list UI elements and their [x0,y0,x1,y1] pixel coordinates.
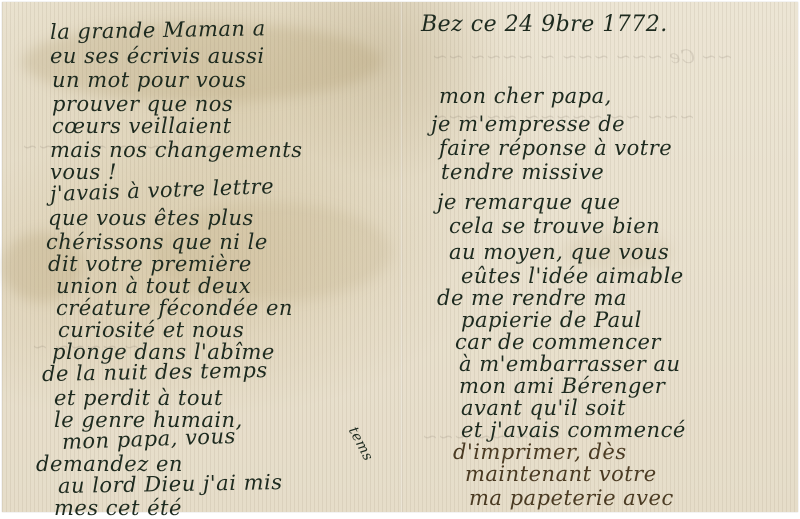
left-page: la grande Maman a eu ses écrivis aussi u… [2,2,400,512]
handwritten-line: eûtes l'idée aimable [461,264,684,288]
handwritten-line: je m'empresse de [431,112,625,136]
handwritten-line: car de commencer [455,330,661,354]
handwritten-line: curiosité et nous [58,318,244,342]
handwritten-line: tendre missive [441,160,604,184]
handwritten-line: cela se trouve bien [449,214,660,238]
handwritten-line: créature fécondée en [56,296,293,320]
handwritten-line: union à tout deux [56,274,251,298]
handwritten-line: prouver que nos [52,92,233,116]
handwritten-line: eu ses écrivis aussi [50,44,265,68]
handwritten-line: au moyen, que vous [449,240,669,264]
handwritten-line: chérissons que ni le [46,230,268,254]
handwritten-line: de la nuit des temps [42,358,268,386]
right-page: Bez ce 24 9bre 1772. mon cher papa, je m… [403,2,798,512]
handwritten-line: mes cet été [54,496,182,519]
handwritten-line: que vous êtes plus [48,206,254,230]
handwritten-line: maintenant votre [465,462,657,486]
handwritten-line: à m'embarrasser au [459,352,681,376]
handwritten-line: mon ami Bérenger [459,374,665,398]
handwritten-line: faire réponse à votre [439,136,672,160]
letter-sheet: ~~ Ce ~~~ ~~~ ~ ~~~~ ~~ ~~~ ~~ ~~~~~ ~~ … [2,2,798,512]
letter-salutation: mon cher papa, [439,84,612,108]
handwritten-line: la grande Maman a [50,16,266,44]
handwritten-line: mon papa, vous [62,424,237,454]
handwritten-line: avant qu'il soit [461,396,626,420]
handwritten-line: papierie de Paul [461,308,642,332]
handwritten-line: un mot pour vous [52,68,247,92]
handwritten-line: de me rendre ma [437,286,627,310]
handwritten-line: je remarque que [437,190,621,214]
margin-note: tems [345,424,376,464]
handwritten-line: et perdit à tout [54,386,223,410]
letter-date: Bez ce 24 9bre 1772. [421,12,668,37]
handwritten-line: dit votre première [48,252,252,276]
handwritten-line: mais nos changements [50,138,303,162]
handwritten-line: d'imprimer, dès [453,440,627,464]
handwritten-line: ma papeterie avec [469,486,674,510]
handwritten-line: au lord Dieu j'ai mis [58,470,283,498]
handwritten-line: et j'avais commencé [461,418,686,442]
handwritten-line: cœurs veillaient [52,114,232,138]
